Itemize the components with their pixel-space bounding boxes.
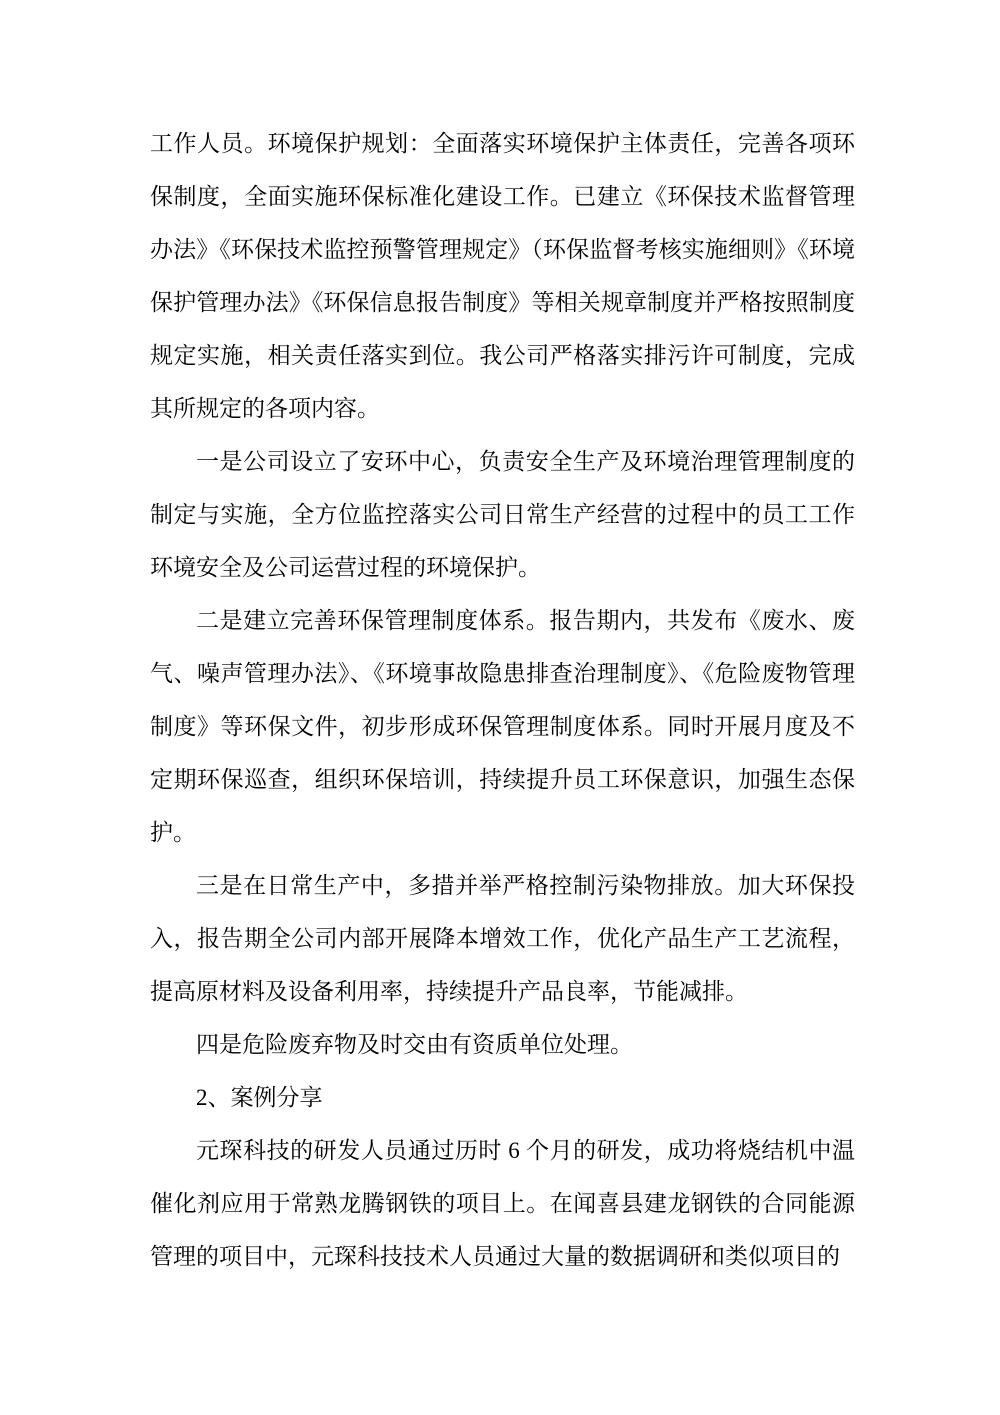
paragraph: 2、案例分享	[150, 1071, 855, 1124]
paragraph: 工作人员。环境保护规划：全面落实环境保护主体责任，完善各项环保制度，全面实施环保…	[150, 117, 855, 435]
paragraph: 二是建立完善环保管理制度体系。报告期内，共发布《废水、废气、噪声管理办法》、《环…	[150, 594, 855, 859]
document-page: 工作人员。环境保护规划：全面落实环境保护主体责任，完善各项环保制度，全面实施环保…	[0, 0, 1000, 1415]
paragraph: 元琛科技的研发人员通过历时 6 个月的研发，成功将烧结机中温催化剂应用于常熟龙腾…	[150, 1124, 855, 1283]
paragraph: 四是危险废弃物及时交由有资质单位处理。	[150, 1018, 855, 1071]
paragraph: 三是在日常生产中，多措并举严格控制污染物排放。加大环保投入，报告期全公司内部开展…	[150, 859, 855, 1018]
paragraph: 一是公司设立了安环中心，负责安全生产及环境治理管理制度的制定与实施，全方位监控落…	[150, 435, 855, 594]
